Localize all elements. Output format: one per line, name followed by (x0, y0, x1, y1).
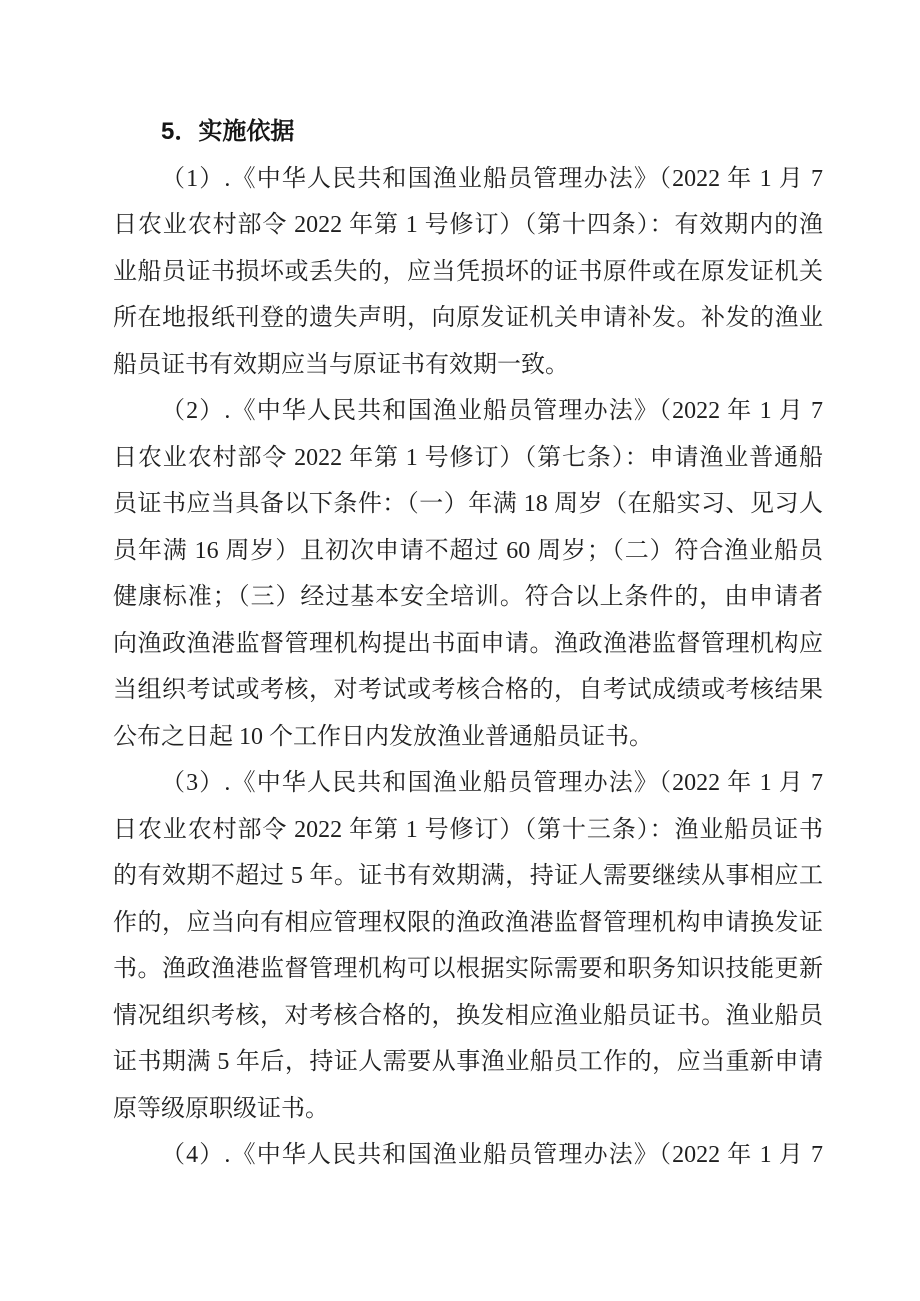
text-line: 员年满 16 周岁）且初次申请不超过 60 周岁；（二）符合渔业船员 (113, 528, 823, 575)
text-line: 证书期满 5 年后，持证人需要从事渔业船员工作的，应当重新申请 (113, 1039, 823, 1086)
text-line: （1）.《中华人民共和国渔业船员管理办法》（2022 年 1 月 7 (113, 156, 823, 203)
section-number: 5． (161, 118, 198, 145)
text-line: 所在地报纸刊登的遗失声明，向原发证机关申请补发。补发的渔业 (113, 295, 823, 342)
text-line: 员证书应当具备以下条件：（一）年满 18 周岁（在船实习、见习人 (113, 481, 823, 528)
text-line: 向渔政渔港监督管理机构提出书面申请。渔政渔港监督管理机构应 (113, 621, 823, 668)
text-line: 书。渔政渔港监督管理机构可以根据实际需要和职务知识技能更新 (113, 946, 823, 993)
text-line: 原等级原职级证书。 (113, 1086, 823, 1133)
text-line: （3）.《中华人民共和国渔业船员管理办法》（2022 年 1 月 7 (113, 760, 823, 807)
section-title: 实施依据 (198, 119, 294, 145)
text-line: 作的，应当向有相应管理权限的渔政渔港监督管理机构申请换发证 (113, 900, 823, 947)
text-line: 的有效期不超过 5 年。证书有效期满，持证人需要继续从事相应工 (113, 853, 823, 900)
text-line: 日农业农村部令 2022 年第 1 号修订）（第十三条）：渔业船员证书 (113, 807, 823, 854)
text-line: （4）.《中华人民共和国渔业船员管理办法》（2022 年 1 月 7 (113, 1132, 823, 1179)
text-line: （2）.《中华人民共和国渔业船员管理办法》（2022 年 1 月 7 (113, 388, 823, 435)
paragraph-container: （1）.《中华人民共和国渔业船员管理办法》（2022 年 1 月 7日农业农村部… (113, 156, 823, 1179)
text-line: 健康标准；（三）经过基本安全培训。符合以上条件的，由申请者 (113, 574, 823, 621)
document-content: 5．实施依据 （1）.《中华人民共和国渔业船员管理办法》（2022 年 1 月 … (113, 109, 823, 1179)
section-heading: 5．实施依据 (113, 109, 823, 156)
text-line: 当组织考试或考核，对考试或考核合格的，自考试成绩或考核结果 (113, 667, 823, 714)
text-line: 情况组织考核，对考核合格的，换发相应渔业船员证书。渔业船员 (113, 993, 823, 1040)
text-line: 业船员证书损坏或丢失的，应当凭损坏的证书原件或在原发证机关 (113, 249, 823, 296)
text-line: 日农业农村部令 2022 年第 1 号修订）（第七条）：申请渔业普通船 (113, 435, 823, 482)
text-line: 公布之日起 10 个工作日内发放渔业普通船员证书。 (113, 714, 823, 761)
document-page: 5．实施依据 （1）.《中华人民共和国渔业船员管理办法》（2022 年 1 月 … (0, 0, 920, 1301)
text-line: 船员证书有效期应当与原证书有效期一致。 (113, 342, 823, 389)
text-line: 日农业农村部令 2022 年第 1 号修订）（第十四条）：有效期内的渔 (113, 202, 823, 249)
